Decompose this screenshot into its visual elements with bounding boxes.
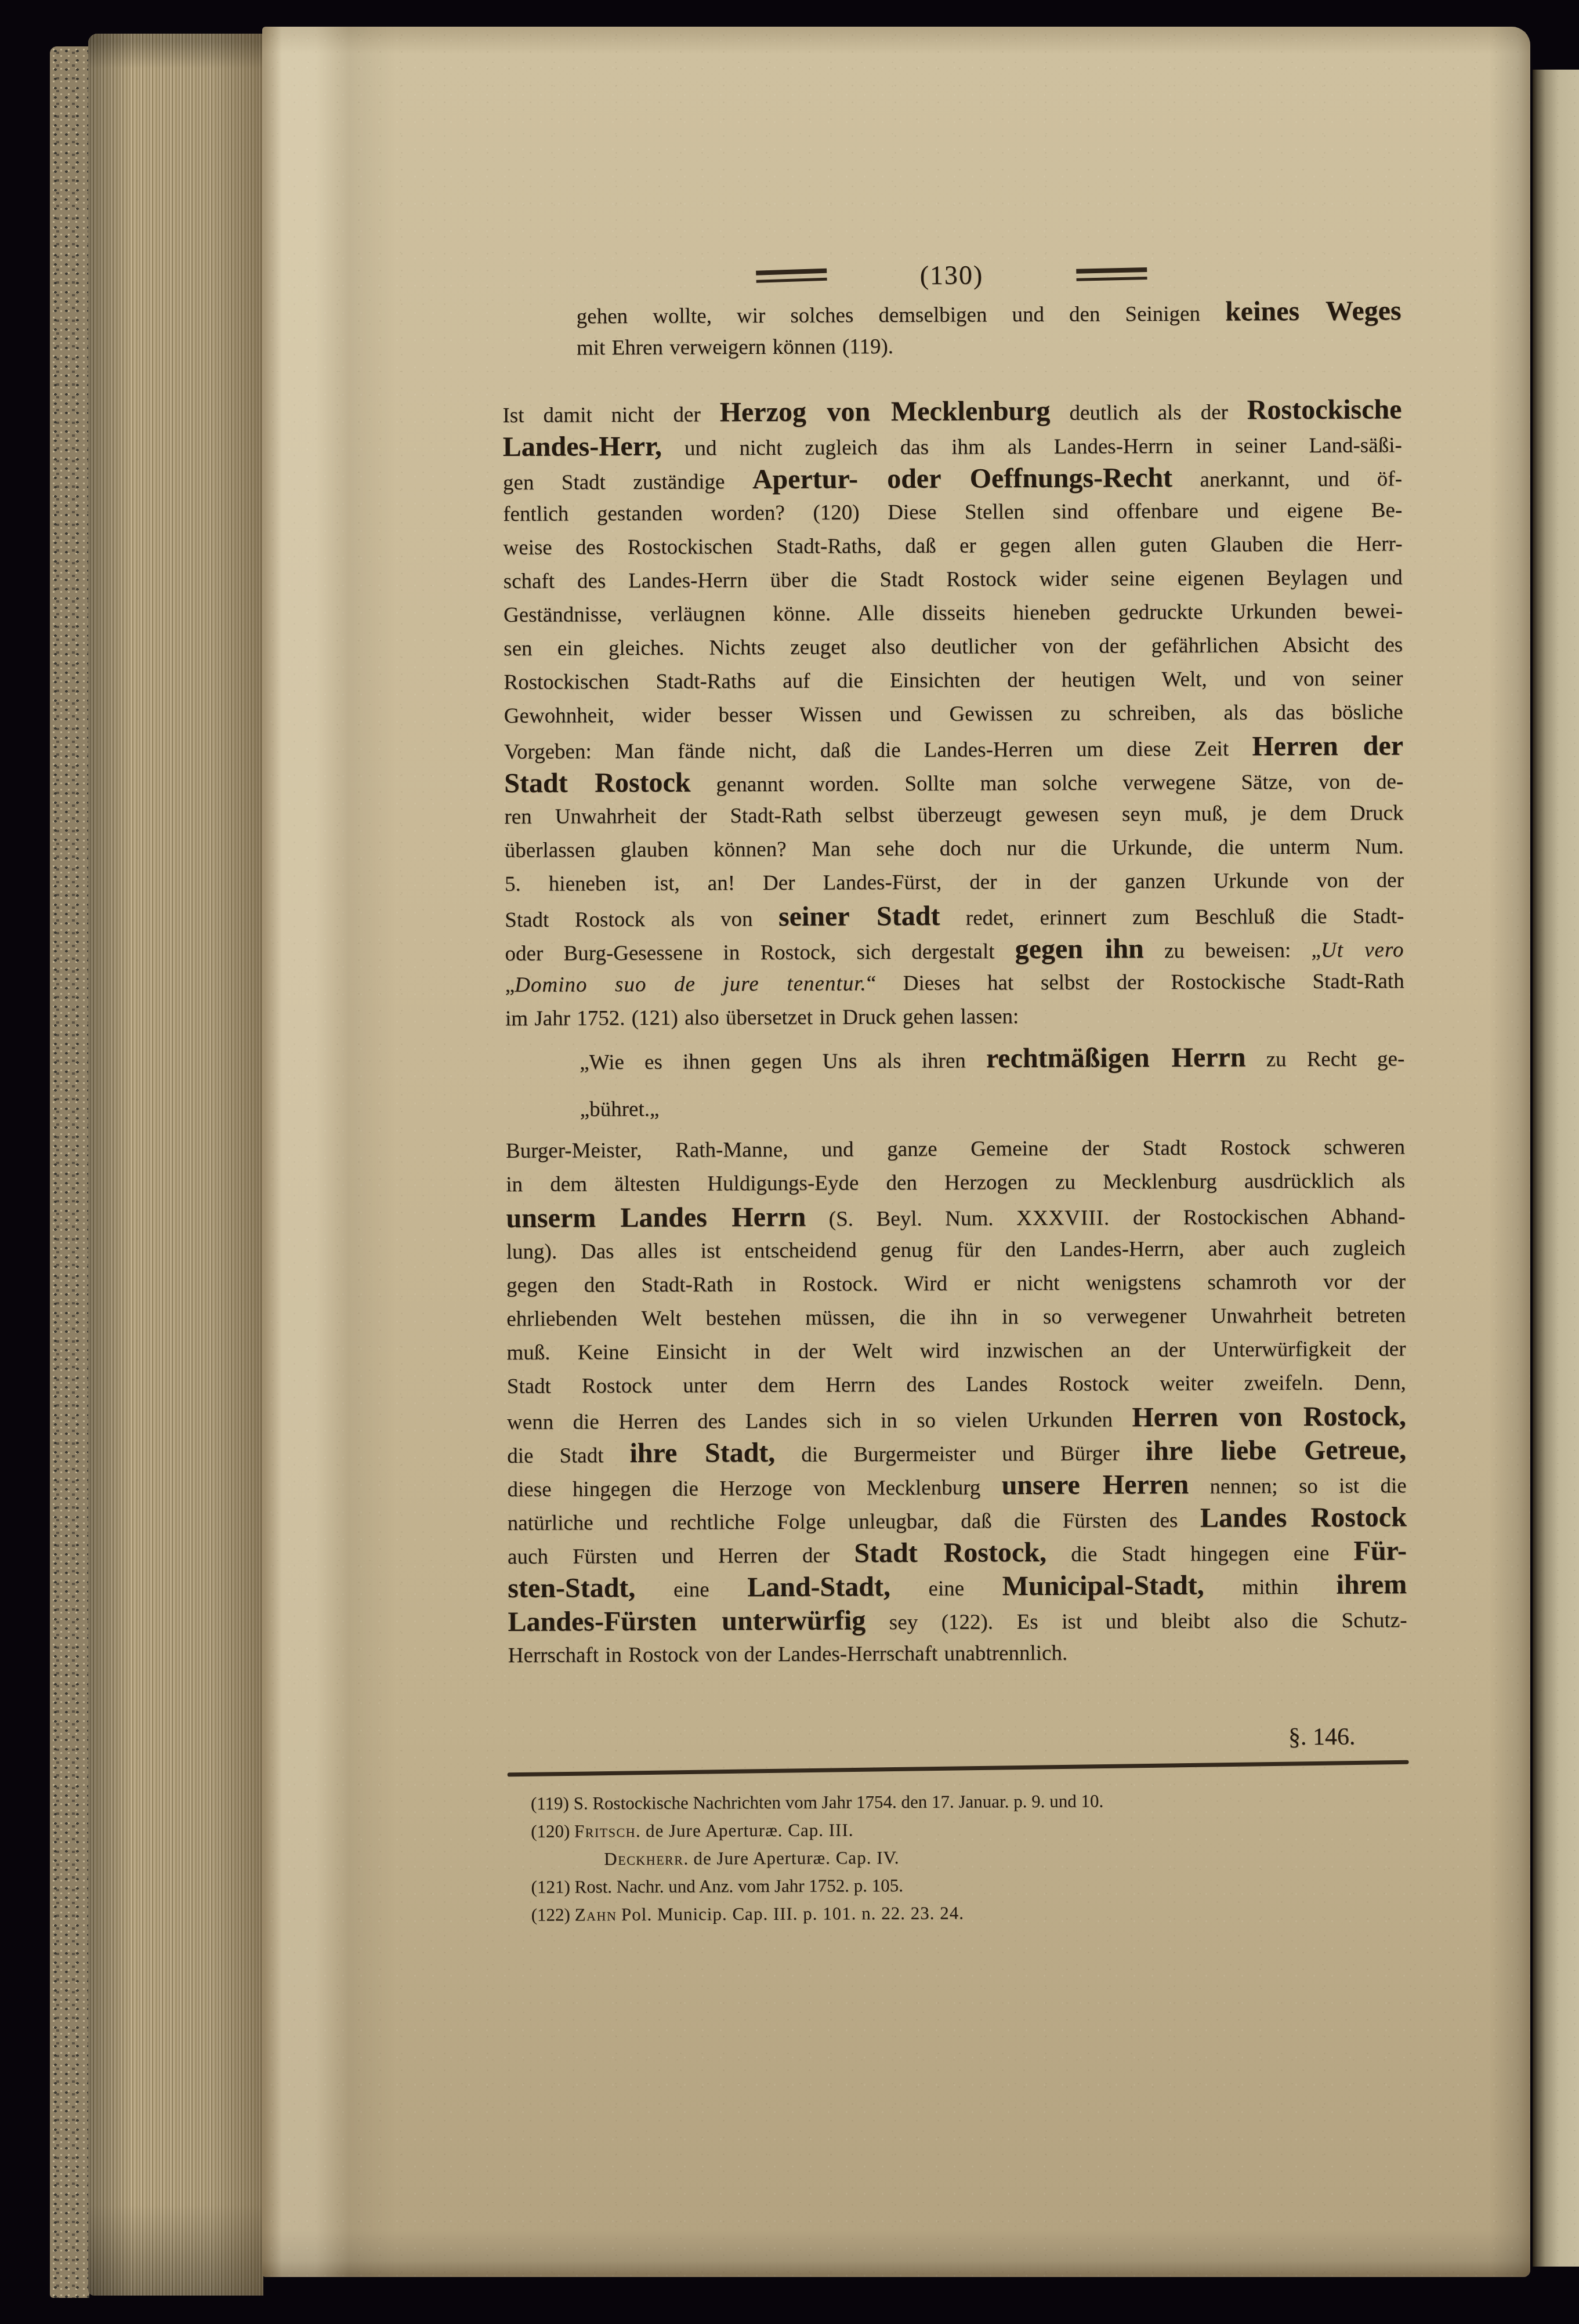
emphasized-text: Herzog von Mecklenburg <box>720 396 1051 427</box>
text-run: schaft des Landes-Herrn über die Stadt R… <box>504 565 1403 593</box>
emphasized-text: Municipal-Stadt, <box>1002 1570 1204 1602</box>
text-run: Burger-Meister, Rath-Manne, und ganze Ge… <box>506 1135 1405 1163</box>
text-line: „bühret.„ <box>505 1081 1404 1134</box>
emphasized-text: keines Weges <box>1225 295 1401 327</box>
page-header: (130) <box>502 258 1401 292</box>
text-run: die Stadt hingegen eine <box>1046 1542 1354 1567</box>
text-line: gen Stadt zuständige Apertur- oder Oeffn… <box>503 460 1402 498</box>
text-run: fentlich gestanden worden? (120) Diese S… <box>503 498 1402 526</box>
book-page: (130) gehen wollte, wir solches demselbi… <box>262 27 1530 2277</box>
text-run: Stadt Rostock unter dem Herrn des Landes… <box>507 1371 1406 1398</box>
text-run: deutlich als der <box>1050 400 1247 425</box>
text-run: Herrschaft in Rostock von der Landes-Her… <box>508 1641 1068 1667</box>
text-run <box>689 1848 694 1869</box>
text-line: „Domino suo de jure tenentur.“ Dieses ha… <box>505 965 1404 1002</box>
text-run: gehen wollte, wir solches demselbigen un… <box>577 302 1226 329</box>
emphasized-text: Landes Rostock <box>1200 1502 1407 1533</box>
text-line: sen ein gleiches. Nichts zeuget also deu… <box>504 628 1403 666</box>
emphasized-text: Herren von Rostock, <box>1132 1401 1406 1433</box>
emphasized-text: Rostockische <box>1247 394 1402 425</box>
emphasized-text: gegen ihn <box>1015 933 1144 965</box>
text-line: gegen den Stadt-Rath in Rostock. Wird er… <box>506 1265 1406 1303</box>
text-run: wenn die Herren des Landes sich in so vi… <box>507 1408 1132 1434</box>
text-run: Deckherr. <box>604 1848 689 1869</box>
main-paragraph-1: Ist damit nicht der Herzog von Mecklenbu… <box>502 393 1404 1036</box>
text-run: in dem ältesten Huldigungs-Eyde den Herz… <box>506 1169 1405 1197</box>
double-rule-left <box>756 269 827 283</box>
text-line: unserm Landes Herrn (S. Beyl. Num. XXXVI… <box>506 1198 1405 1235</box>
text-run: redet, erinnert zum Beschluß die Stadt- <box>940 904 1404 930</box>
footnote-rule <box>508 1760 1409 1777</box>
text-line: (119) S. Rostockische Nachrichten vom Ja… <box>531 1786 1418 1818</box>
text-run: oder Burg-Gesessene in Rostock, sich der… <box>505 940 1015 966</box>
text-line: schaft des Landes-Herrn über die Stadt R… <box>504 561 1403 599</box>
text-run: sen ein gleiches. Nichts zeuget also deu… <box>504 633 1403 661</box>
text-line: ren Unwahrheit der Stadt-Rath selbst übe… <box>504 796 1403 834</box>
catchword: §. 146. <box>508 1723 1355 1754</box>
text-run: Vorgeben: Man fände nicht, daß die Lande… <box>504 737 1252 764</box>
text-run: (119) S. Rostockische Nachrichten vom Ja… <box>531 1790 1103 1813</box>
text-line: Ist damit nicht der Herzog von Mecklenbu… <box>502 393 1401 430</box>
emphasized-text: Landes-Herr, <box>503 431 662 462</box>
text-line: sten-Stadt, eine Land-Stadt, eine Munici… <box>508 1568 1407 1605</box>
text-line: mit Ehren verweigern können (119). <box>502 328 1401 365</box>
text-run: sey (122). Es ist und bleibt also die Sc… <box>865 1608 1407 1634</box>
text-run: zu Recht ge- <box>1245 1047 1404 1071</box>
emphasized-text: rechtmäßigen Herrn <box>986 1042 1246 1074</box>
text-line: Gewohnheit, wider besser Wissen und Gewi… <box>504 695 1403 733</box>
text-line: lung). Das alles ist entscheidend genug … <box>506 1231 1406 1269</box>
text-line: Rostockischen Stadt-Raths auf die Einsic… <box>504 662 1403 699</box>
emphasized-text: ihre Stadt, <box>629 1437 775 1469</box>
text-run: weise des Rostockischen Stadt-Raths, daß… <box>503 532 1402 560</box>
text-run: “ Dieses hat selbst der Rostockische Sta… <box>867 969 1404 995</box>
text-line: fentlich gestanden worden? (120) Diese S… <box>503 494 1402 531</box>
footnotes-block: (119) S. Rostockische Nachrichten vom Ja… <box>531 1786 1419 1929</box>
emphasized-text: Herren der <box>1252 730 1403 762</box>
text-run: gen Stadt zuständige <box>503 470 752 495</box>
text-run: „Wie es ihnen gegen Uns als ihren <box>580 1049 986 1074</box>
next-page-edge <box>1533 70 1579 2267</box>
emphasized-text: ihrem <box>1336 1569 1407 1600</box>
text-line: (121) Rost. Nachr. und Anz. vom Jahr 175… <box>531 1869 1418 1901</box>
emphasized-text: unserm Landes Herrn <box>506 1202 806 1234</box>
text-run: im Jahr 1752. (121) also übersetzet in D… <box>505 1005 1019 1031</box>
page-number: (130) <box>919 259 983 290</box>
text-run: ehrliebenden Welt bestehen müssen, die i… <box>506 1303 1406 1331</box>
text-line: die Stadt ihre Stadt, die Burgermeister … <box>507 1433 1406 1471</box>
text-run: (S. Beyl. Num. <box>806 1206 1016 1231</box>
text-line: „Wie es ihnen gegen Uns als ihren rechtm… <box>505 1032 1404 1085</box>
text-line: auch Fürsten und Herren der Stadt Rostoc… <box>508 1534 1407 1572</box>
text-line: in dem ältesten Huldigungs-Eyde den Herz… <box>506 1164 1405 1202</box>
text-line: Stadt Rostock als von seiner Stadt redet… <box>505 897 1404 935</box>
text-run: natürliche und rechtliche Folge unleugba… <box>508 1509 1200 1535</box>
text-run: muß. Keine Einsicht in der Welt wird inz… <box>506 1337 1406 1365</box>
text-run: (121) Rost. Nachr. und Anz. vom Jahr 175… <box>531 1875 903 1897</box>
text-run: diese hingegen die Herzoge von Mecklenbu… <box>507 1475 1001 1502</box>
text-run: zu beweisen: „ <box>1144 938 1321 963</box>
book-cover-edge <box>50 46 89 2298</box>
emphasized-text: Stadt Rostock <box>504 767 691 799</box>
emphasized-text: ihre liebe Getreue, <box>1146 1434 1407 1466</box>
text-line: gehen wollte, wir solches demselbigen un… <box>502 294 1401 332</box>
text-line: Stadt Rostock unter dem Herrn des Landes… <box>507 1366 1406 1404</box>
text-run: „bühret.„ <box>580 1097 660 1122</box>
text-line: wenn die Herren des Landes sich in so vi… <box>507 1400 1406 1437</box>
text-run: auch Fürsten und Herren der <box>508 1543 854 1569</box>
text-run: mithin <box>1204 1575 1337 1600</box>
text-run: nennen; so ist die <box>1189 1474 1407 1499</box>
text-line: 5. hieneben ist, an! Der Landes-Fürst, d… <box>505 864 1404 901</box>
text-line: Deckherr. de Jure Aperturæ. Cap. IV. <box>531 1841 1418 1873</box>
page-content: (130) gehen wollte, wir solches demselbi… <box>258 24 1535 2280</box>
text-run: XXXVIII. <box>1016 1206 1110 1230</box>
text-line: im Jahr 1752. (121) also übersetzet in D… <box>505 998 1404 1036</box>
text-run: Ut vero <box>1321 938 1404 962</box>
text-run: (120) <box>531 1821 574 1841</box>
text-run: gegen den Stadt-Rath in Rostock. Wird er… <box>506 1270 1406 1297</box>
text-run: und nicht zugleich das ihm als Landes-He… <box>662 433 1402 461</box>
text-run: der Rostockischen Abhand- <box>1110 1205 1405 1230</box>
text-line: Geständnisse, verläugnen könne. Alle dis… <box>504 594 1403 632</box>
text-run: überlassen glauben können? Man sehe doch… <box>505 835 1404 862</box>
scanned-book-photo: { "colors": { "paper": "#c7b795", "ink":… <box>0 0 1579 2324</box>
text-run: Geständnisse, verläugnen könne. Alle dis… <box>504 599 1403 627</box>
emphasized-text: sten-Stadt, <box>508 1572 635 1604</box>
text-line: Vorgeben: Man fände nicht, daß die Lande… <box>504 729 1403 767</box>
emphasized-text: Landes-Fürsten unterwürfig <box>508 1605 865 1637</box>
text-line: überlassen glauben können? Man sehe doch… <box>505 830 1404 868</box>
text-run: Stadt Rostock als von <box>505 907 778 932</box>
text-line: oder Burg-Gesessene in Rostock, sich der… <box>505 931 1404 969</box>
text-line: (122) Zahn Pol. Municip. Cap. III. p. 10… <box>531 1897 1419 1929</box>
text-run: anerkannt, und öf- <box>1172 467 1402 492</box>
emphasized-text: Apertur- oder Oeffnungs-Recht <box>752 462 1172 495</box>
text-run: (122) <box>531 1904 575 1924</box>
block-quote: „Wie es ihnen gegen Uns als ihren rechtm… <box>505 1032 1405 1134</box>
text-line: ehrliebenden Welt bestehen müssen, die i… <box>506 1299 1406 1336</box>
main-paragraph-2: Burger-Meister, Rath-Manne, und ganze Ge… <box>506 1130 1407 1673</box>
emphasized-text: seiner Stadt <box>778 901 940 932</box>
text-run: Gewohnheit, wider besser Wissen und Gewi… <box>504 700 1403 728</box>
text-line: muß. Keine Einsicht in der Welt wird inz… <box>506 1332 1406 1370</box>
text-run: Pol. Municip. Cap. III. p. 101. n. 22. 2… <box>621 1903 964 1925</box>
emphasized-text: Stadt Rostock, <box>854 1537 1046 1568</box>
text-run: de Jure Aperturæ. Cap. III. <box>646 1819 854 1841</box>
text-line: Herrschaft in Rostock von der Landes-Her… <box>508 1635 1407 1673</box>
emphasized-text: Für- <box>1353 1535 1407 1566</box>
text-line: weise des Rostockischen Stadt-Raths, daß… <box>503 527 1402 565</box>
emphasized-text: Land-Stadt, <box>747 1571 890 1602</box>
text-run: die Stadt <box>507 1444 629 1468</box>
text-run: mit Ehren verweigern können (119). <box>577 335 893 360</box>
text-line: Landes-Fürsten unterwürfig sey (122). Es… <box>508 1601 1407 1639</box>
text-line: Stadt Rostock genannt worden. Sollte man… <box>504 763 1403 800</box>
text-line: (120) Fritsch. de Jure Aperturæ. Cap. II… <box>531 1814 1418 1846</box>
text-run: Rostockischen Stadt-Raths auf die Einsic… <box>504 666 1403 694</box>
text-run <box>641 1821 646 1841</box>
text-run: „ <box>505 973 515 997</box>
text-run: eine <box>890 1576 1002 1601</box>
text-run: Fritsch. <box>574 1821 641 1841</box>
text-line: Burger-Meister, Rath-Manne, und ganze Ge… <box>506 1130 1405 1168</box>
text-run: Domino suo de jure tenentur. <box>515 971 867 997</box>
text-run: de Jure Aperturæ. Cap. IV. <box>693 1847 899 1869</box>
text-run: Zahn <box>575 1904 617 1924</box>
text-run: die Burgermeister und Bürger <box>775 1441 1146 1467</box>
double-rule-right <box>1076 267 1147 281</box>
text-line: Landes-Herr, und nicht zugleich das ihm … <box>503 426 1402 464</box>
text-line: diese hingegen die Herzoge von Mecklenbu… <box>507 1467 1406 1504</box>
text-run: 5. hieneben ist, an! Der Landes-Fürst, d… <box>505 868 1404 896</box>
emphasized-text: unsere Herren <box>1001 1469 1189 1500</box>
text-run: lung). Das alles ist entscheidend genug … <box>506 1236 1406 1264</box>
continuation-paragraph: gehen wollte, wir solches demselbigen un… <box>502 294 1401 365</box>
text-run: genannt worden. Sollte man solche verweg… <box>690 770 1403 796</box>
page-stack-fore-edge <box>88 34 263 2296</box>
text-run: Ist damit nicht der <box>502 403 719 427</box>
text-run: eine <box>635 1578 747 1602</box>
main-text-block: gehen wollte, wir solches demselbigen un… <box>502 294 1407 1673</box>
text-line: natürliche und rechtliche Folge unleugba… <box>508 1500 1407 1538</box>
text-run: ren Unwahrheit der Stadt-Rath selbst übe… <box>504 801 1403 829</box>
